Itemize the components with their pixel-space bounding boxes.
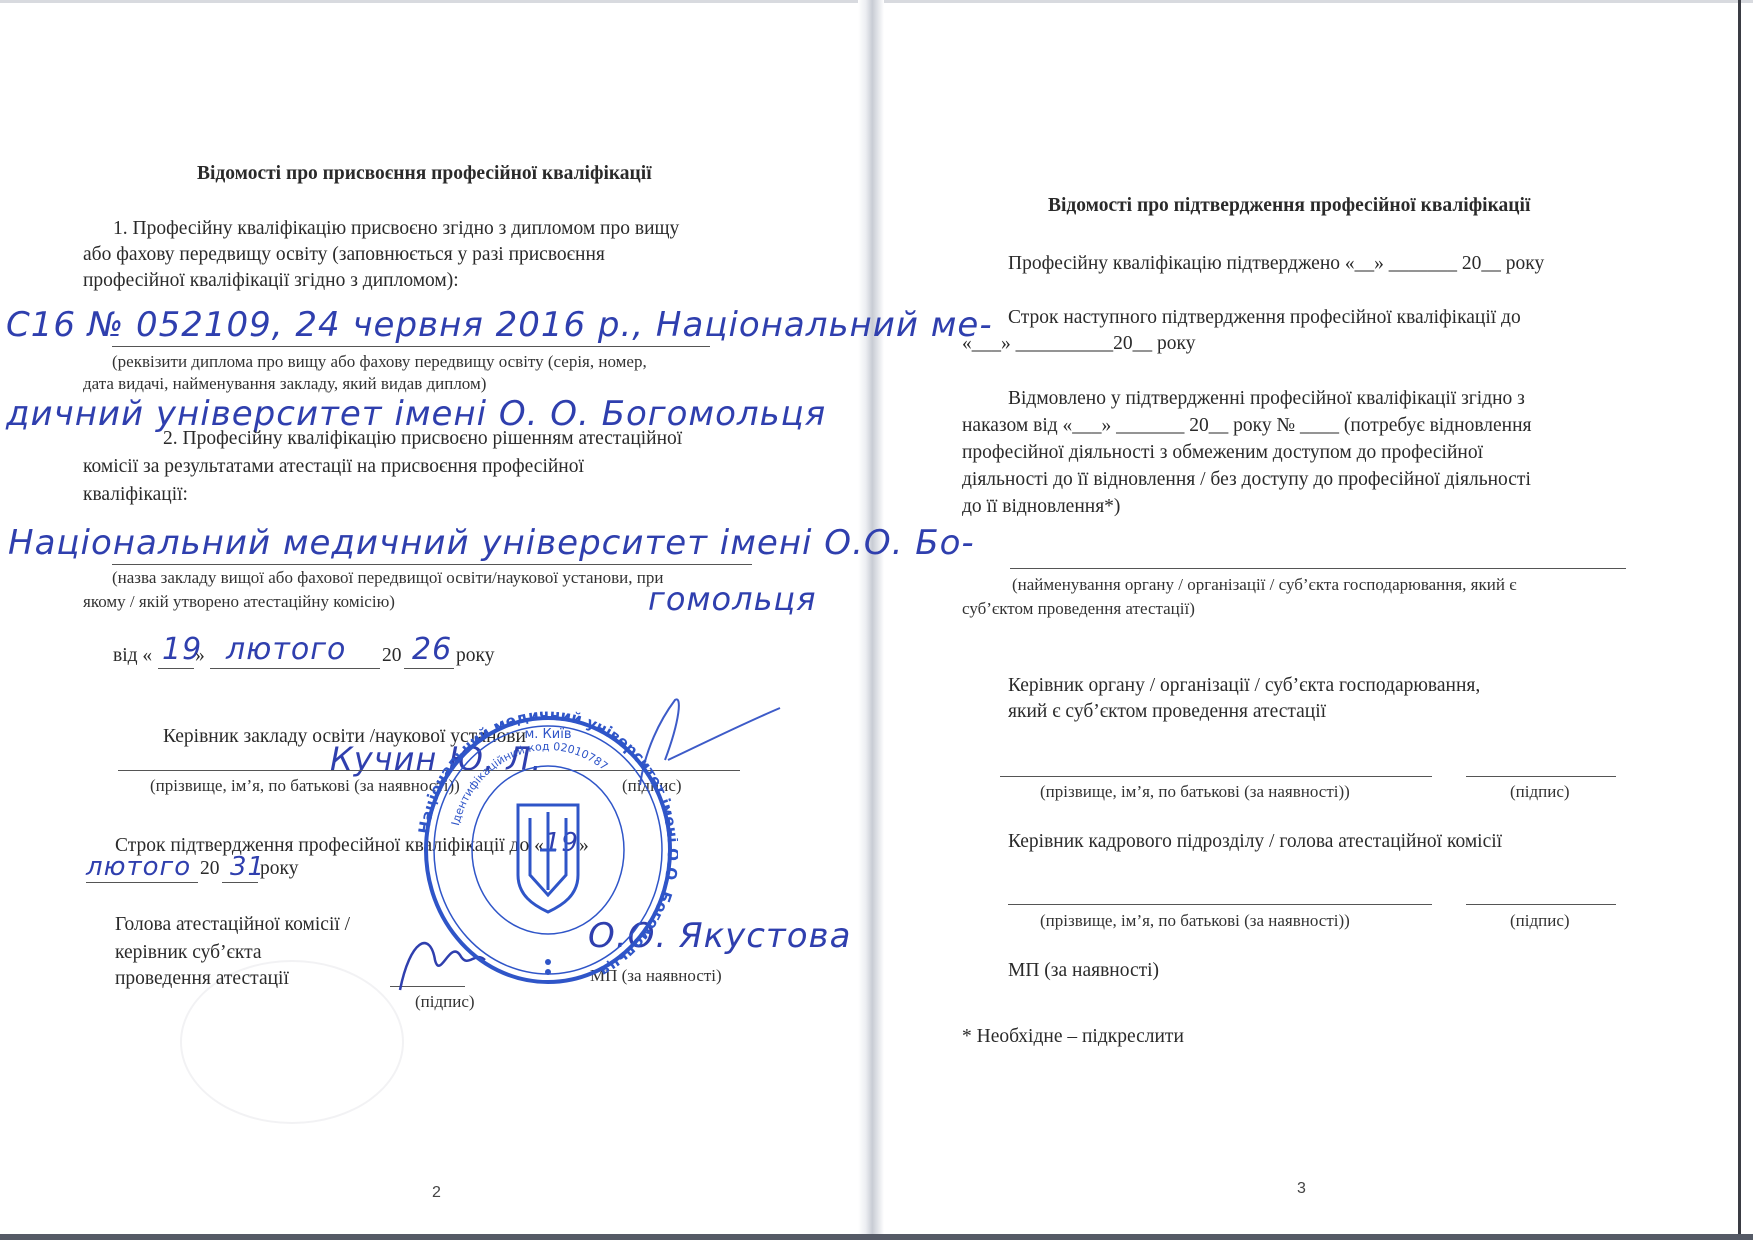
year-prefix: 20 [382,643,402,669]
official-round-stamp: Національний медичний університет імені … [418,700,678,1000]
refused-line: Відмовлено у підтвердженні професійної к… [1008,386,1525,412]
day-underline [158,668,194,669]
diploma-caption: (реквізити диплома про вищу або фахову п… [112,350,647,374]
commission-line: керівник суб’єкта [115,940,262,966]
section2-line: 2. Професійну кваліфікацію присвоєно ріш… [163,426,682,452]
section1-line: 1. Професійну кваліфікацію присвоєно згі… [113,216,679,242]
hr-head-caption-signature: (підпис) [1510,909,1570,933]
month-underline [210,668,380,669]
validity-year-prefix: 20 [200,856,220,882]
institution-underline [112,564,752,565]
handwritten-validity-month: лютого [86,852,191,882]
footnote: * Необхідне – підкреслити [962,1024,1184,1050]
diploma-caption: дата видачі, найменування закладу, який … [83,372,486,396]
head-org-caption-signature: (підпис) [1510,780,1570,804]
stamp-city: м. Київ [524,727,571,742]
refused-line: діяльності до її відновлення / без досту… [962,467,1531,493]
validity-month-underline [86,882,198,883]
head-caption-name: (прізвище, ім’я, по батькові (за наявнос… [150,774,460,798]
next-confirmation-line: «___» __________20__ року [962,331,1195,357]
date-suffix: року [456,643,494,669]
head-org-caption-name: (прізвище, ім’я, по батькові (за наявнос… [1040,780,1350,804]
refused-line: професійної діяльності з обмеженим досту… [962,440,1483,466]
right-page-title: Відомості про підтвердження професійної … [1048,193,1530,219]
org-underline [1010,568,1626,569]
hr-head-name-underline [1008,904,1432,905]
institution-caption: якому / якій утворено атестаційну комісі… [83,590,395,614]
handwritten-institution: Національний медичний університет імені … [8,523,975,563]
handwritten-institution-cont: гомольця [648,580,816,618]
head-org-name-underline [1000,776,1432,777]
handwritten-year: 26 [412,632,452,667]
org-caption: (найменування органу / організації / суб… [1012,573,1517,597]
section2-line: кваліфікації: [83,482,188,508]
handwritten-month: лютого [226,632,346,667]
section1-line: професійної кваліфікації згідно з диплом… [83,268,459,294]
page-number-right: 3 [1297,1180,1306,1198]
validity-year-underline [222,882,258,883]
validity-suffix: року [260,856,298,882]
date-mid: » [195,643,205,669]
section1-line: або фахову передвищу освіту (заповнюєтьс… [83,242,605,268]
org-caption: суб’єктом проведення атестації) [962,597,1195,621]
hr-head-signature-underline [1466,904,1616,905]
page-number-left: 2 [432,1184,441,1202]
institution-caption: (назва закладу вищої або фахової передви… [112,566,663,590]
refused-line: до її відновлення*) [962,494,1120,520]
head-org-signature-underline [1466,776,1616,777]
head-org-line: який є суб’єктом проведення атестації [1008,699,1326,725]
confirmed-line: Професійну кваліфікацію підтверджено «__… [1008,251,1544,277]
page-bottom-edge [0,1234,1753,1240]
handwritten-diploma-details: С16 № 052109, 24 червня 2016 р., Націона… [6,305,993,345]
commission-line: проведення атестації [115,966,289,992]
next-confirmation-line: Строк наступного підтвердження професійн… [1008,305,1521,331]
head-org-line: Керівник органу / організації / суб’єкта… [1008,673,1480,699]
commission-line: Голова атестаційної комісії / [115,912,350,938]
hr-head-line: Керівник кадрового підрозділу / голова а… [1008,829,1502,855]
refused-line: наказом від «___» _______ 20__ року № __… [962,413,1532,439]
left-page-title: Відомості про присвоєння професійної ква… [197,161,652,187]
hr-head-caption-name: (прізвище, ім’я, по батькові (за наявнос… [1040,909,1350,933]
right-stamp-label: МП (за наявності) [1008,958,1159,984]
diploma-underline [112,346,710,347]
year-underline [404,668,454,669]
date-prefix: від « [113,643,152,669]
book-spine-fold [858,0,884,1240]
page-right-edge [1738,0,1741,1240]
section2-line: комісії за результатами атестації на при… [83,454,584,480]
